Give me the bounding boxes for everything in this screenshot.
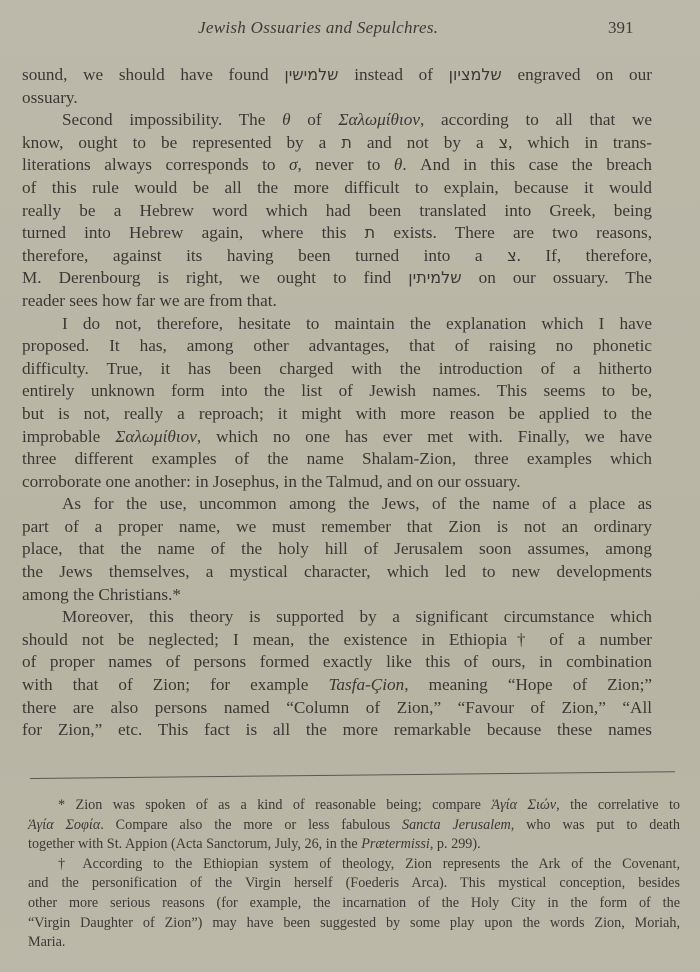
hebrew-word: שלמיתין <box>408 268 461 287</box>
text-line: literations always corresponds to σ, nev… <box>22 154 652 177</box>
footnote-line: “Virgin Daughter of Zion”) may have been… <box>28 914 680 934</box>
text-line: but is not, really a reproach; it might … <box>22 403 652 426</box>
text-line: three different examples of the name Sha… <box>22 448 652 471</box>
text-line: turned into Hebrew again, where this ת e… <box>22 222 652 245</box>
footnotes: * Zion was spoken of as a kind of reason… <box>28 796 680 953</box>
text-line: know, ought to be represented by a ת and… <box>22 132 652 155</box>
text-line: ossuary. <box>22 87 652 110</box>
text-line: therefore, against its having been turne… <box>22 245 652 268</box>
text-line: improbable Σαλωμίθιον, which no one has … <box>22 426 652 449</box>
text-line: with that of Zion; for example Tasfa-Çio… <box>22 674 652 697</box>
text-line: sound, we should have found שלמישין inst… <box>22 64 652 87</box>
paragraph-start: Second impossibility. The θ of Σαλωμίθιο… <box>22 109 652 132</box>
page-header: Jewish Ossuaries and Sepulchres. 391 <box>0 18 700 42</box>
text-line: entirely unknown form into the list of J… <box>22 380 652 403</box>
running-title: Jewish Ossuaries and Sepulchres. <box>198 18 438 38</box>
hebrew-letter: צ <box>499 133 509 152</box>
footnote-line: Maria. <box>28 933 680 953</box>
main-text: sound, we should have found שלמישין inst… <box>22 64 652 742</box>
text-line: difficulty. True, it has been charged wi… <box>22 358 652 381</box>
paragraph-start: Moreover, this theory is supported by a … <box>22 606 652 629</box>
footnote-line: Ἁγία Σοφία. Compare also the more or les… <box>28 816 680 836</box>
text-line: there are also persons named “Column of … <box>22 697 652 720</box>
text-line: of this rule would be all the more diffi… <box>22 177 652 200</box>
text-line: M. Derenbourg is right, we ought to find… <box>22 267 652 290</box>
hebrew-letter: צ <box>507 246 517 265</box>
text-line: place, that the name of the holy hill of… <box>22 538 652 561</box>
hebrew-letter: ת <box>341 133 352 152</box>
greek-word: Ἁγία Σοφία <box>28 817 100 833</box>
footnote-line: together with St. Appion (Acta Sanctorum… <box>28 835 680 855</box>
text-line: should not be neglected; I mean, the exi… <box>22 629 652 652</box>
hebrew-word: שלמציון <box>449 65 502 84</box>
text-line: really be a Hebrew word which had been t… <box>22 200 652 223</box>
book-page: Jewish Ossuaries and Sepulchres. 391 sou… <box>0 0 700 972</box>
text-line: reader sees how far we are from that. <box>22 290 652 313</box>
italic-name: Tasfa-Çion <box>328 675 404 694</box>
text-line: the Jews themselves, a mystical characte… <box>22 561 652 584</box>
text-line: for Zion,” etc. This fact is all the mor… <box>22 719 652 742</box>
hebrew-word: שלמישין <box>284 65 338 84</box>
greek-word: Ἁγία Σιών <box>491 797 556 813</box>
footnote-dagger: † According to the Ethiopian system of t… <box>28 855 680 875</box>
text-line: part of a proper name, we must remember … <box>22 516 652 539</box>
greek-word: Σαλωμίθιον <box>338 110 420 129</box>
footnote-line: other more serious reasons (for example,… <box>28 894 680 914</box>
footnote-line: and the personification of the Virgin he… <box>28 874 680 894</box>
footnote-asterisk: * Zion was spoken of as a kind of reason… <box>28 796 680 816</box>
footnote-divider <box>30 771 675 779</box>
text-line: of proper names of persons formed exactl… <box>22 651 652 674</box>
hebrew-letter: ת <box>365 223 376 242</box>
text-line: among the Christians.* <box>22 584 652 607</box>
greek-word: Σαλωμίθιον <box>115 427 197 446</box>
page-number: 391 <box>608 18 634 38</box>
text-line: corroborate one another: in Josephus, in… <box>22 471 652 494</box>
text-line: proposed. It has, among other advantages… <box>22 335 652 358</box>
paragraph-start: I do not, therefore, hesitate to maintai… <box>22 313 652 336</box>
paragraph-start: As for the use, uncommon among the Jews,… <box>22 493 652 516</box>
